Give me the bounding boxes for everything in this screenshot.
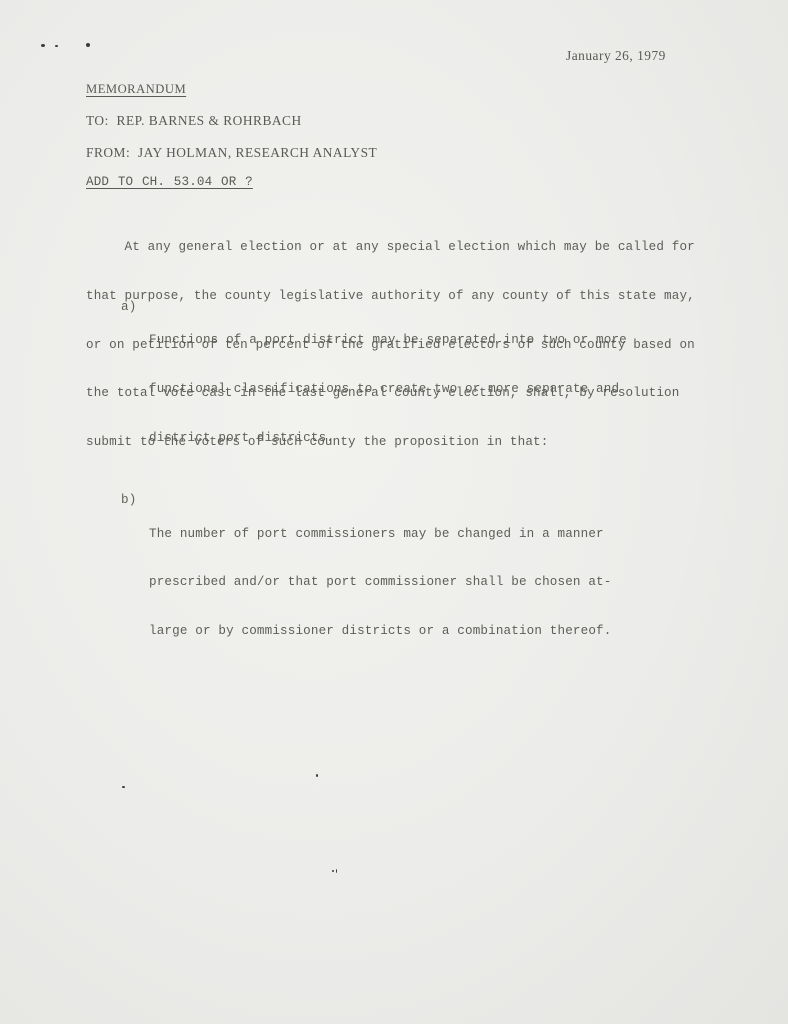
to-line: TO: REP. BARNES & ROHRBACH [86,113,302,129]
list-marker: b) [121,493,149,671]
memo-page: January 26, 1979 MEMORANDUM TO: REP. BAR… [0,0,788,1024]
speck-mark [122,786,125,788]
speck-mark [55,45,58,47]
proposition-list: a) Functions of a port district may be s… [121,300,681,686]
list-marker: a) [121,300,149,478]
list-line: functional classifications to create two… [149,381,627,397]
body-line: At any general election or at any specia… [86,239,726,255]
list-line: The number of port commissioners may be … [149,526,611,542]
list-item-b: b) The number of port commissioners may … [121,493,681,671]
from-sender: JAY HOLMAN, RESEARCH ANALYST [138,145,377,160]
memo-title: MEMORANDUM [86,82,186,97]
memo-subject: ADD TO CH. 53.04 OR ? [86,175,253,189]
list-item-a: a) Functions of a port district may be s… [121,300,681,478]
list-line: Functions of a port district may be sepa… [149,332,627,348]
list-line: district port districts. [149,430,627,446]
memo-date: January 26, 1979 [566,48,666,64]
speck-mark [332,870,334,872]
speck-mark [41,44,45,47]
from-line: FROM: JAY HOLMAN, RESEARCH ANALYST [86,145,377,161]
to-recipients: REP. BARNES & ROHRBACH [117,113,302,128]
list-item-text: The number of port commissioners may be … [149,493,611,671]
from-label: FROM: [86,145,130,161]
list-line: large or by commissioner districts or a … [149,623,611,639]
speck-mark [336,869,337,873]
to-label: TO: [86,113,109,129]
list-line: prescribed and/or that port commissioner… [149,574,611,590]
speck-mark [86,43,90,47]
speck-mark [316,774,318,777]
list-item-text: Functions of a port district may be sepa… [149,300,627,478]
